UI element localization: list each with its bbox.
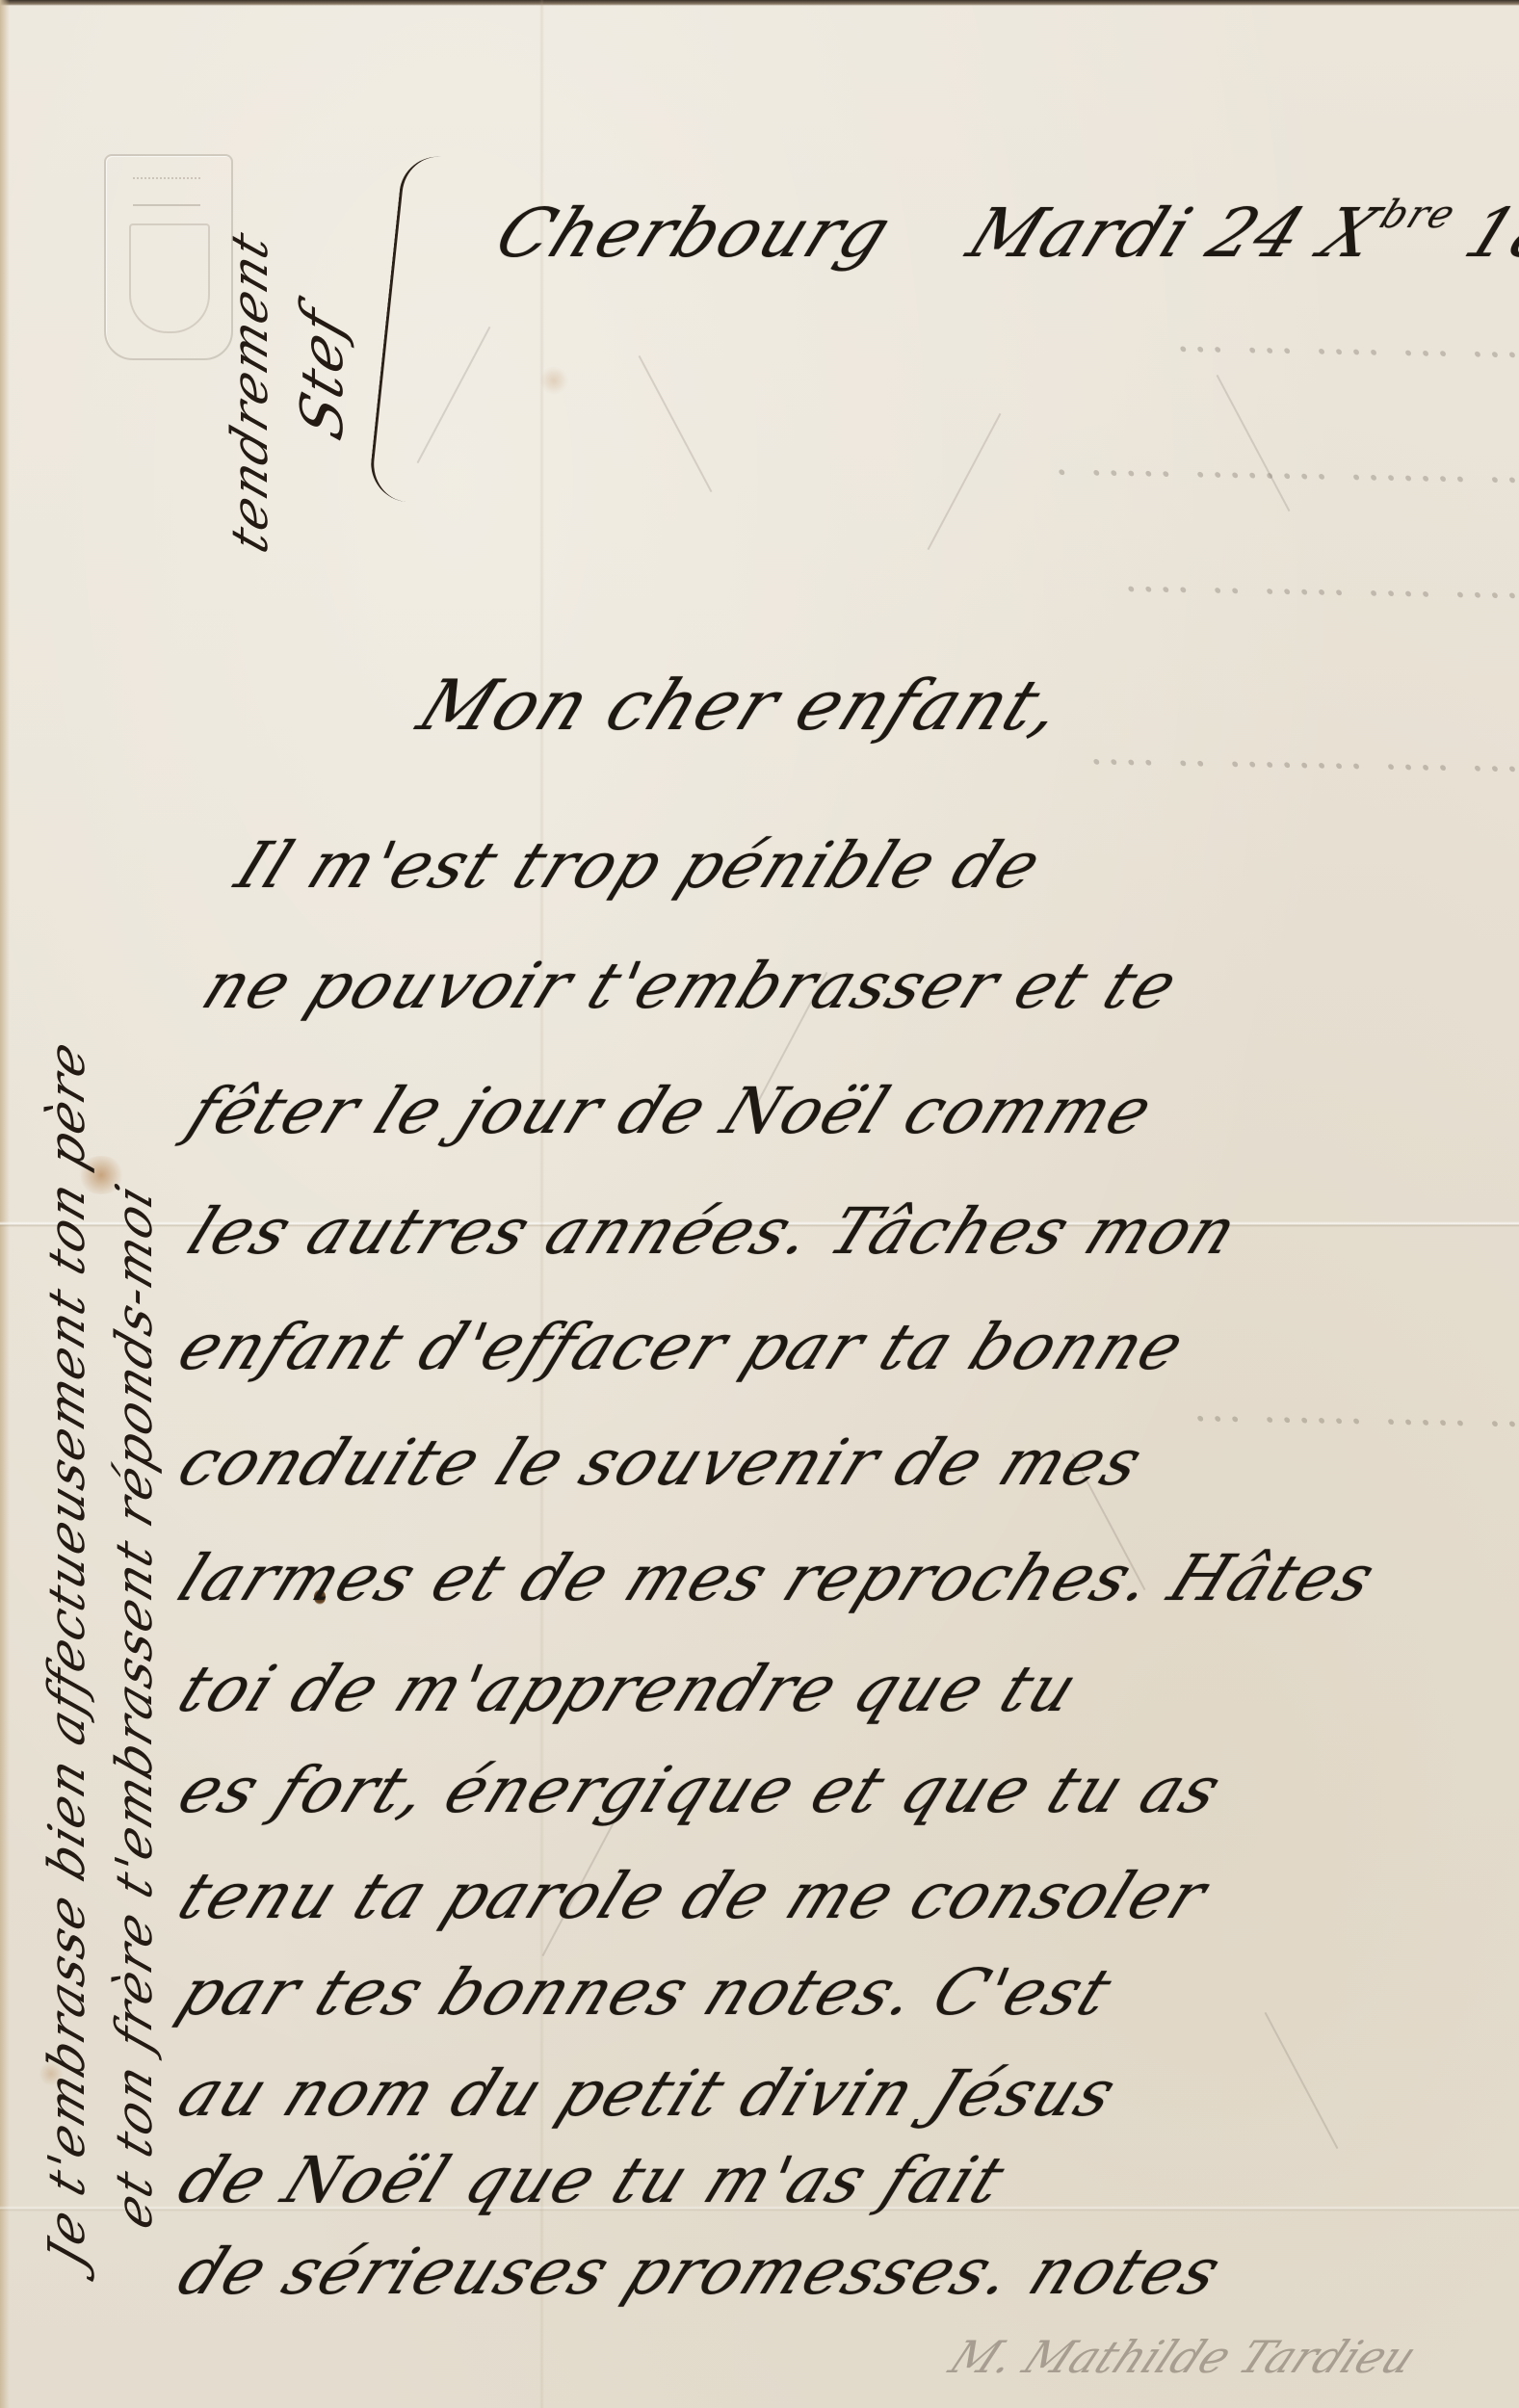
body-line: toi de m'apprendre que tu [168,1652,1089,1726]
body-line: par tes bonnes notes. C'est [168,1955,1123,2029]
body-line: es fort, énergique et que tu as [168,1753,1233,1827]
body-line: conduite le souvenir de mes [168,1426,1154,1500]
margin-line: tendrement [222,222,279,560]
letter-dateline: Cherbourg Mardi 24 Xbre 1861 [485,193,1519,273]
body-line: ne pouvoir t'embrasser et te [192,949,1190,1023]
salutation: Mon cher enfant, [407,665,1078,746]
body-line: les autres années. Tâches mon [177,1194,1249,1269]
place-name: Cherbourg [485,194,904,273]
foxing-spot [539,366,568,395]
bleed-through-line: ···· ···· ····· ·· ···· [0,545,1519,621]
margin-line: et ton frère t'embrassent réponds-moi [106,1176,164,2237]
body-line: fêter le jour de Noël comme [177,1074,1165,1148]
scan-top-edge [0,0,1519,6]
body-line: de sérieuses promesses. notes [168,2235,1233,2309]
weekday: Mardi [957,194,1205,273]
body-line: tenu ta parole de me consoler [168,1859,1218,1933]
body-line: Il m'est trop pénible de [225,828,1053,903]
body-line: larmes et de mes reproches. Hâtes [168,1541,1387,1615]
margin-signature: Stef [289,298,356,448]
faint-bottom-annotation: M. Mathilde Tardieu [941,2331,1425,2383]
margin-line: Je t'embrasse bien affectueusement ton p… [39,1033,96,2275]
letter-page: ··· ··· ···· ··· ··· ·· ······· ········… [0,0,1519,2408]
bleed-stroke [1265,2012,1339,2149]
date-year: 1861 [1454,194,1519,273]
body-line: de Noël que tu m'as fait [168,2143,1016,2217]
date-day: 24 [1196,194,1318,273]
body-line: enfant d'effacer par ta bonne [168,1310,1196,1384]
scan-left-edge [0,0,10,2408]
body-line: au nom du petit divin Jésus [168,2056,1128,2131]
crown-emboss [133,177,200,206]
